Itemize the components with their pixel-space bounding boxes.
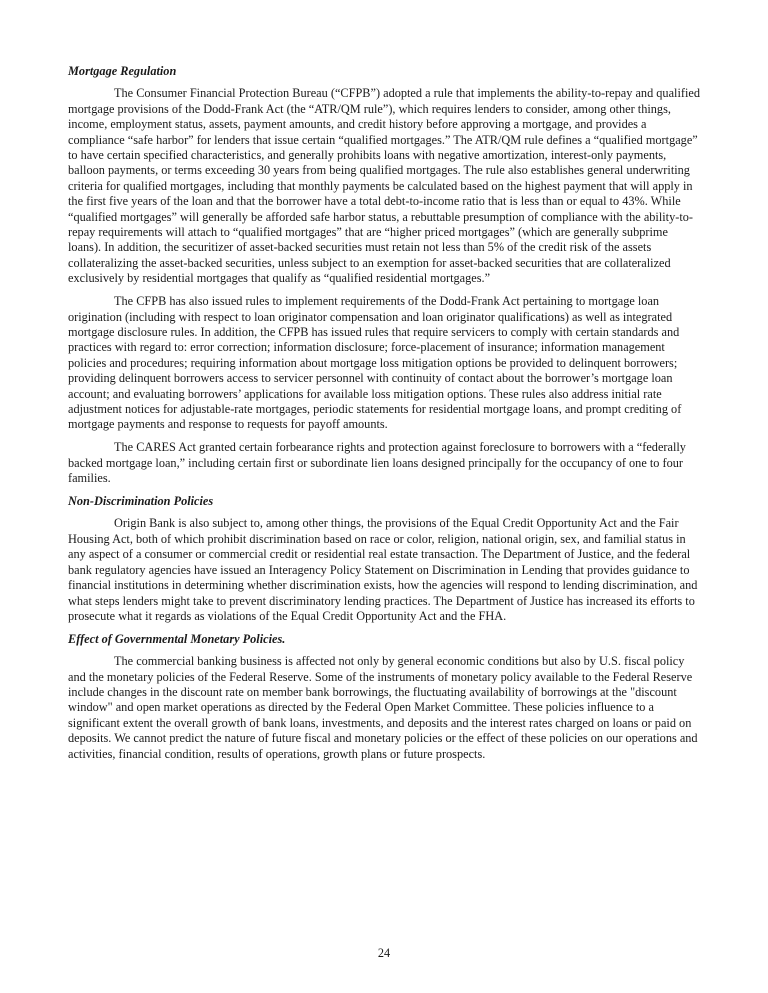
section-heading: Non-Discrimination Policies [68,494,700,509]
section-monetary-policies: Effect of Governmental Monetary Policies… [68,632,700,762]
paragraph: The Consumer Financial Protection Bureau… [68,86,700,286]
document-page: Mortgage Regulation The Consumer Financi… [68,64,700,770]
section-non-discrimination-policies: Non-Discrimination Policies Origin Bank … [68,494,700,624]
paragraph: The CARES Act granted certain forbearanc… [68,440,700,486]
paragraph: The commercial banking business is affec… [68,654,700,762]
section-heading: Effect of Governmental Monetary Policies… [68,632,700,647]
paragraph: Origin Bank is also subject to, among ot… [68,516,700,624]
paragraph: The CFPB has also issued rules to implem… [68,294,700,433]
page-number: 24 [0,946,768,961]
section-mortgage-regulation: Mortgage Regulation The Consumer Financi… [68,64,700,487]
section-heading: Mortgage Regulation [68,64,700,79]
